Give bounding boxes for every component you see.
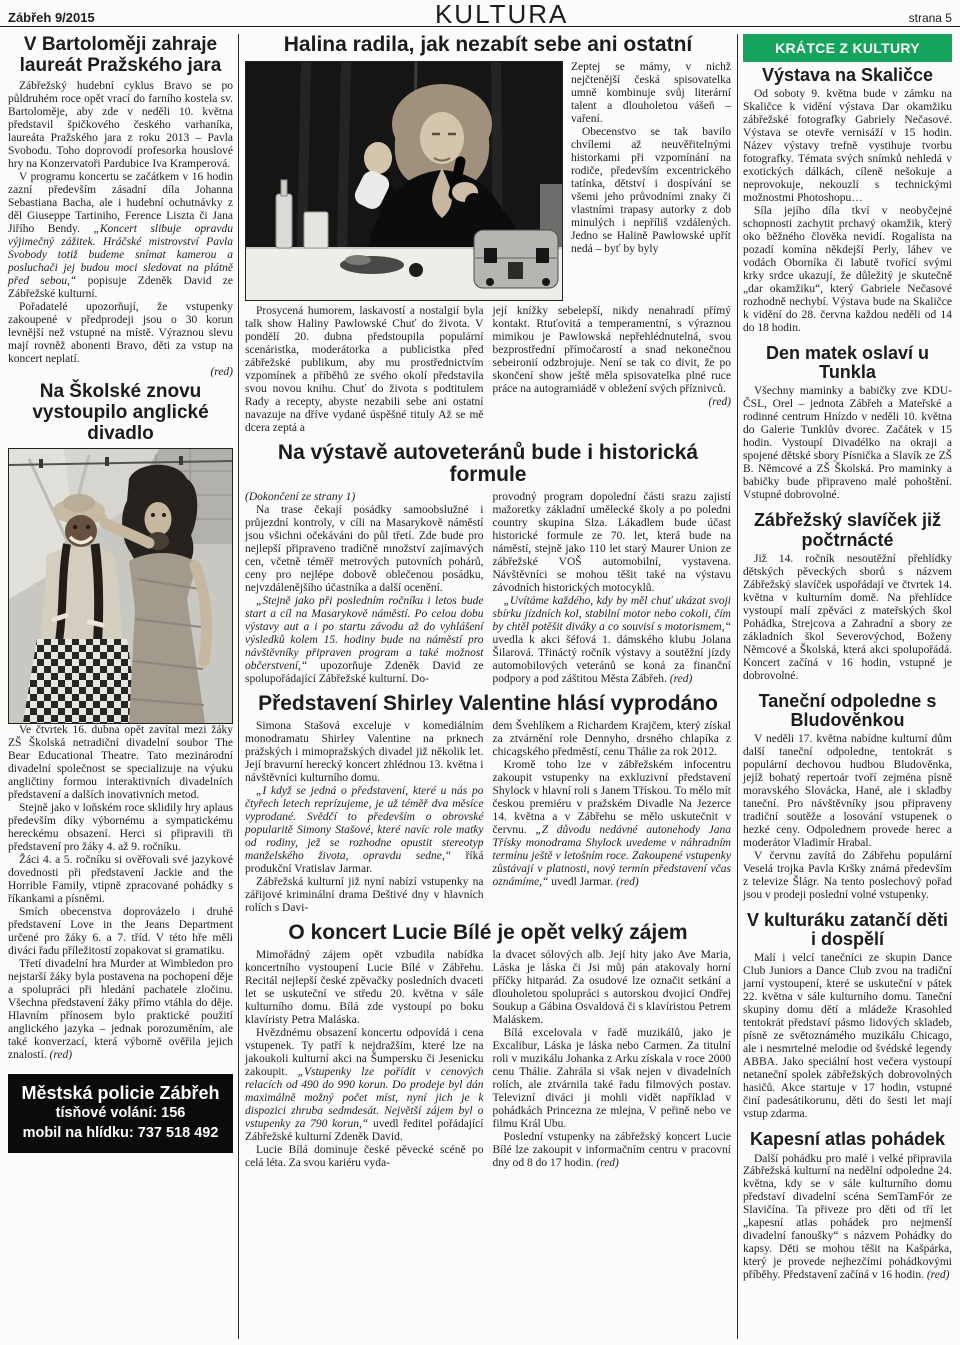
- article-paragraph: Všechny maminky a babičky zve KDU-ČSL, O…: [743, 385, 952, 502]
- police-emergency-number: tísňové volání: 156: [12, 1104, 229, 1124]
- article-paragraph: V červnu zavítá do Zábřehu populární Ves…: [743, 850, 952, 902]
- article-paragraph: Od soboty 9. května bude v zámku na Skal…: [743, 88, 952, 205]
- article-paragraph: Třetí divadelní hra Murder at Wimbledon …: [8, 958, 233, 1062]
- article-paragraph: její knížky sebelepší, nikdy nenahradí p…: [493, 305, 732, 396]
- shirley-left-subcolumn: Simona Stašová exceluje v komediálním mo…: [245, 720, 484, 915]
- article-paragraph: Obecenstvo se tak bavilo chvílemi až neu…: [571, 126, 731, 256]
- shirley-right-subcolumn: dem Švehlíkem a Richardem Krajčem, který…: [493, 720, 732, 915]
- page-number: strana 5: [909, 11, 952, 25]
- halina-body-columns: Prosycená humorem, laskavostí a nostalgi…: [245, 305, 731, 435]
- police-mobile-number: mobil na hlídku: 737 518 492: [12, 1124, 229, 1144]
- article-title-halina: Halina radila, jak nezabít sebe ani osta…: [245, 34, 731, 56]
- halina-talkshow-photo: [245, 61, 563, 301]
- article-paragraph: V programu koncertu se začátkem v 16 hod…: [8, 171, 233, 301]
- article-paragraph: Stejně jako v loňském roce sklidily hry …: [8, 802, 233, 854]
- issue-label: Zábřeh 9/2015: [8, 10, 95, 25]
- lucie-right-subcolumn: la dvacet sólových alb. Její hity jako A…: [493, 949, 732, 1170]
- column-divider: [737, 34, 738, 1339]
- halina-wrap-text: Zeptej se mámy, v nichž nejčtenější česk…: [571, 61, 731, 256]
- article-paragraph: Simona Stašová exceluje v komediálním mo…: [245, 720, 484, 785]
- masthead: Zábřeh 9/2015 KULTURA strana 5: [0, 0, 960, 27]
- halina-photo-row: Zeptej se mámy, v nichž nejčtenější česk…: [245, 61, 731, 301]
- halina-right-subcolumn: její knížky sebelepší, nikdy nenahradí p…: [493, 305, 732, 435]
- right-column: KRÁTCE Z KULTURY Výstava na Skaličce Od …: [743, 32, 952, 1339]
- article-paragraph: Na trase čekají posádky samoobslužné i p…: [245, 504, 484, 595]
- police-box-title: Městská policie Zábřeh: [12, 1083, 229, 1105]
- section-title-tanecni: Taneční odpoledne s Bludověnkou: [743, 692, 952, 731]
- article-paragraph: Zábřežská kulturní již nyní nabízí vstup…: [245, 876, 484, 915]
- article-paragraph: Malí i velcí tanečníci ze skupin Dance C…: [743, 952, 952, 1121]
- kratce-z-kultury-box: KRÁTCE Z KULTURY: [743, 34, 952, 62]
- article-paragraph: „Stejně jako při posledním ročníku i let…: [245, 595, 484, 686]
- article-paragraph: dem Švehlíkem a Richardem Krajčem, který…: [493, 720, 732, 759]
- veterani-body-columns: (Dokončení ze strany 1) Na trase čekají …: [245, 491, 731, 686]
- article-paragraph: V neděli 17. května nabídne kulturní dům…: [743, 733, 952, 850]
- theatre-actors-photo: [8, 448, 233, 724]
- left-column: V Bartoloměji zahraje laureát Pražského …: [8, 32, 233, 1339]
- article-paragraph: Síla jejího díla tkví v neobyčejné schop…: [743, 205, 952, 335]
- shirley-body-columns: Simona Stašová exceluje v komediálním mo…: [245, 720, 731, 915]
- article-title-veterani: Na výstavě autoveteránů bude i historick…: [245, 442, 731, 486]
- section-title-slavicek: Zábřežský slavíček již počtrnácté: [743, 511, 952, 550]
- article-paragraph: Prosycená humorem, laskavostí a nostalgi…: [245, 305, 484, 435]
- section-title-skalicka: Výstava na Skaličce: [743, 66, 952, 85]
- article-title-shirley: Představení Shirley Valentine hlásí vypr…: [245, 693, 731, 715]
- article-paragraph: Zeptej se mámy, v nichž nejčtenější česk…: [571, 61, 731, 126]
- section-title: KULTURA: [435, 3, 568, 25]
- lucie-body-columns: Mimořádný zájem opět vzbudila nabídka ko…: [245, 949, 731, 1170]
- article-paragraph: Hvězdnému obsazení koncertu odpovídá i c…: [245, 1027, 484, 1144]
- article-paragraph: Ve čtvrtek 16. dubna opět zavítal mezi ž…: [8, 724, 233, 802]
- article-paragraph: Další pohádku pro malé i velké připravil…: [743, 1153, 952, 1283]
- middle-column: Halina radila, jak nezabít sebe ani osta…: [244, 32, 732, 1339]
- article-paragraph: Pořadatelé upozorňují, že vstupenky zako…: [8, 301, 233, 366]
- lucie-left-subcolumn: Mimořádný zájem opět vzbudila nabídka ko…: [245, 949, 484, 1170]
- section-title-kapesni-atlas: Kapesní atlas pohádek: [743, 1130, 952, 1149]
- veterani-right-subcolumn: provodný program dopolední části srazu z…: [493, 491, 732, 686]
- article-paragraph: „I když se jedná o představení, které u …: [245, 785, 484, 876]
- article-paragraph: Již 14. ročník nesoutěžní přehlídky děts…: [743, 553, 952, 683]
- section-title-kulturak: V kulturáku zatančí děti i dospělí: [743, 911, 952, 950]
- section-title-den-matek: Den matek oslaví u Tunkla: [743, 344, 952, 383]
- article-signoff: (red): [8, 366, 233, 380]
- police-notice-box: Městská policie Zábřeh tísňové volání: 1…: [8, 1074, 233, 1154]
- article-paragraph: Poslední vstupenky na zábřežský koncert …: [493, 1131, 732, 1170]
- halina-left-subcolumn: Prosycená humorem, laskavostí a nostalgi…: [245, 305, 484, 435]
- article-title-bartolomej: V Bartoloměji zahraje laureát Pražského …: [8, 35, 233, 76]
- article-signoff: (red): [493, 396, 732, 410]
- article-paragraph: Bílá excelovala v řadě muzikálů, jako je…: [493, 1027, 732, 1131]
- column-divider: [238, 34, 239, 1339]
- newspaper-page: Zábřeh 9/2015 KULTURA strana 5 V Bartolo…: [0, 0, 960, 1345]
- article-paragraph: „Uvítáme každého, kdy by měl chuť ukázat…: [493, 595, 732, 686]
- article-paragraph: Žáci 4. a 5. ročníku si ověřovali své ja…: [8, 854, 233, 906]
- article-title-skolska: Na Školské znovu vystoupilo anglické div…: [8, 382, 233, 444]
- article-paragraph: Smích obecenstva doprovázelo i druhé pře…: [8, 906, 233, 958]
- article-paragraph: Lucie Bílá dominuje české pěvecké scéně …: [245, 1144, 484, 1170]
- continuation-note: (Dokončení ze strany 1): [245, 491, 484, 504]
- page-content: V Bartoloměji zahraje laureát Pražského …: [0, 27, 960, 1339]
- veterani-left-subcolumn: (Dokončení ze strany 1) Na trase čekají …: [245, 491, 484, 686]
- article-paragraph: Mimořádný zájem opět vzbudila nabídka ko…: [245, 949, 484, 1027]
- article-paragraph: la dvacet sólových alb. Její hity jako A…: [493, 949, 732, 1027]
- article-paragraph: provodný program dopolední části srazu z…: [493, 491, 732, 595]
- article-paragraph: Zábřežský hudební cyklus Bravo se po půl…: [8, 80, 233, 171]
- article-paragraph: Kromě toho lze v zábřežském infocentru z…: [493, 759, 732, 889]
- article-title-lucie: O koncert Lucie Bílé je opět velký zájem: [245, 922, 731, 944]
